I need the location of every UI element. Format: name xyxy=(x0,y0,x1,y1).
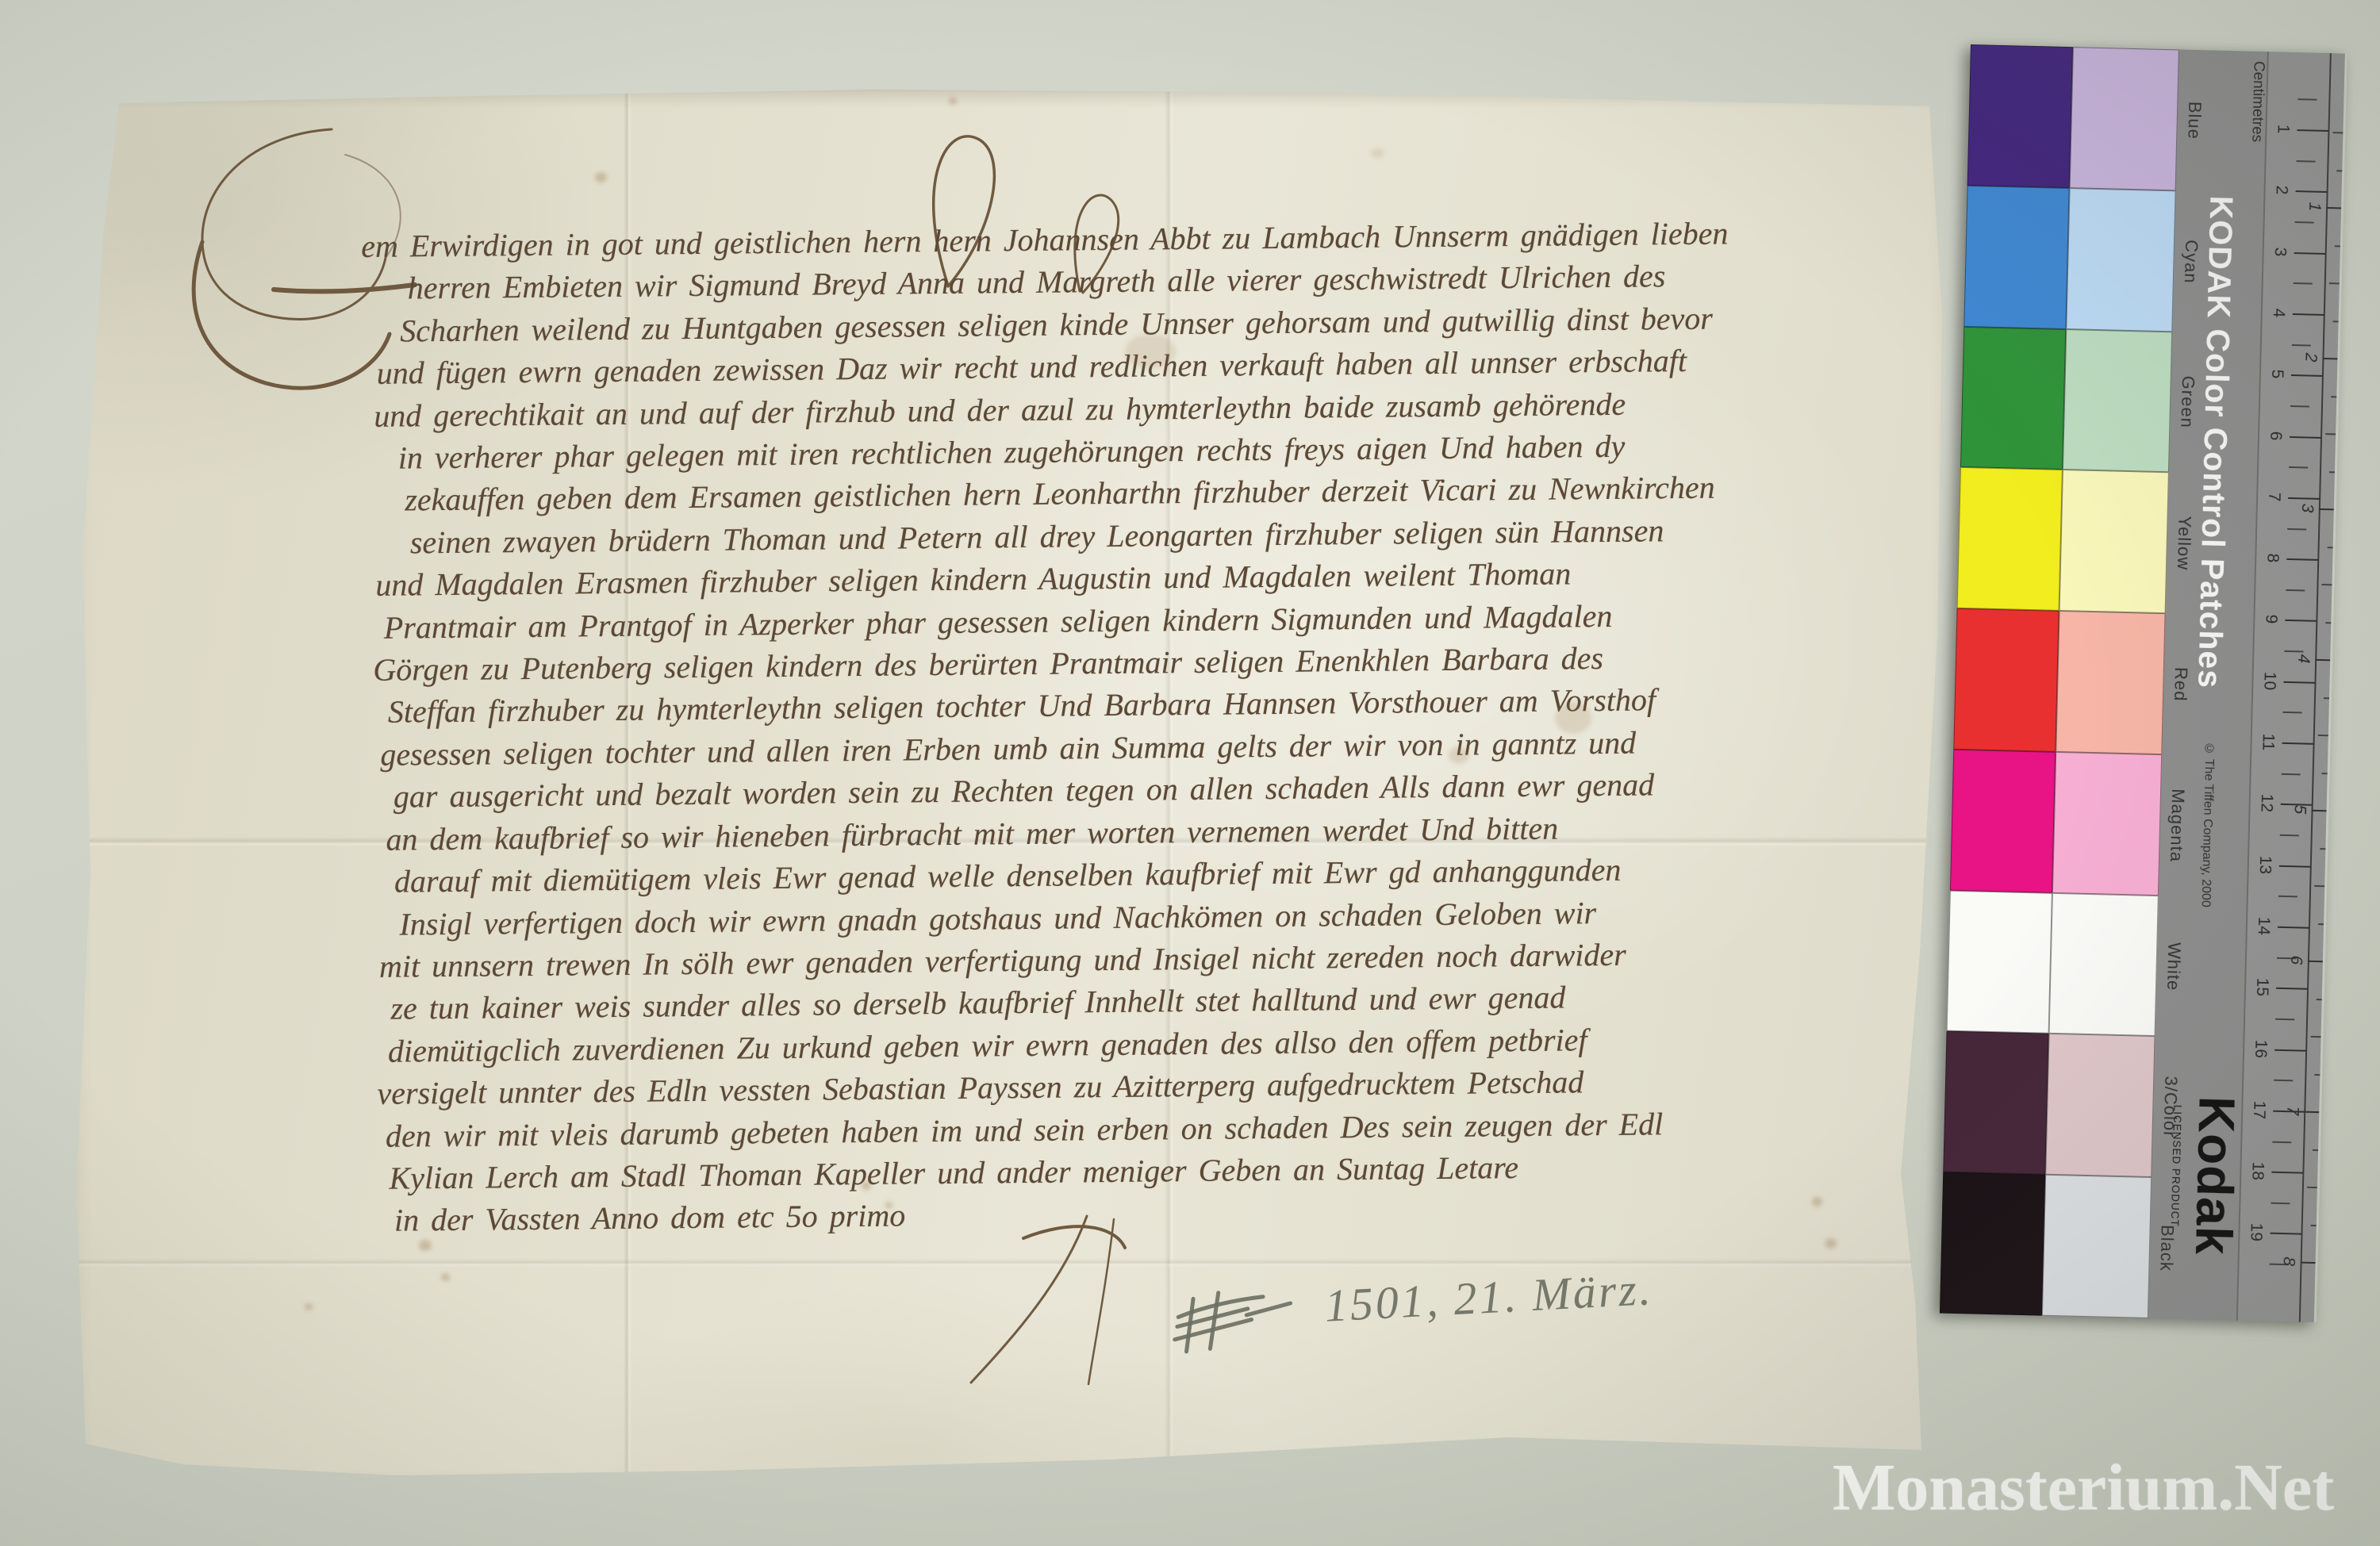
stain-spot xyxy=(595,172,607,182)
stain-spot xyxy=(441,1273,450,1281)
cm-number: 15 xyxy=(2252,978,2272,997)
cm-tick xyxy=(2287,527,2306,530)
cm-tick xyxy=(2285,620,2317,622)
color-patch-yellow-light xyxy=(2059,470,2169,613)
pencil-date: 1501, 21. März. xyxy=(1323,1262,1654,1333)
cm-tick xyxy=(2276,988,2308,990)
inch-tick xyxy=(2325,433,2336,435)
inch-tick xyxy=(2325,622,2331,623)
inch-number: 4 xyxy=(2294,654,2313,663)
patch-label-magenta: Magenta xyxy=(2166,788,2188,862)
color-patch-blue-full xyxy=(1967,44,2073,188)
inch-tick xyxy=(2322,358,2337,359)
stain-spot xyxy=(949,98,957,105)
color-patch-cyan-light xyxy=(2066,188,2175,332)
cm-tick xyxy=(2280,834,2299,837)
inch-tick xyxy=(2336,170,2342,171)
cm-tick xyxy=(2274,1049,2306,1051)
color-patch-magenta-light xyxy=(2052,752,2162,896)
inch-number: 8 xyxy=(2278,1256,2297,1266)
inch-tick xyxy=(2321,584,2332,585)
inch-tick xyxy=(2335,245,2340,247)
kodak-color-card: KODAK Color Control Patches © The Tiffen… xyxy=(1940,44,2347,1322)
ruler-baseline xyxy=(2299,53,2332,1322)
inch-number: 2 xyxy=(2301,352,2320,362)
patch-row-yellow xyxy=(1957,467,2169,613)
patch-label-black: Black xyxy=(2155,1225,2177,1272)
cm-tick xyxy=(2291,374,2323,377)
patch-label-blue: Blue xyxy=(2183,101,2205,140)
inch-tick xyxy=(2328,547,2333,548)
inch-number: 5 xyxy=(2290,804,2309,814)
inch-tick xyxy=(2324,697,2329,699)
inch-tick xyxy=(2332,132,2343,133)
patch-row-red xyxy=(1953,608,2165,754)
cm-tick xyxy=(2286,558,2318,561)
cm-tick xyxy=(2295,221,2314,224)
cm-tick xyxy=(2271,1172,2303,1174)
cm-tick xyxy=(2288,497,2320,500)
cm-tick xyxy=(2297,129,2328,132)
cm-tick xyxy=(2289,466,2308,469)
color-patch-black-full xyxy=(1940,1172,2045,1316)
patch-row-black xyxy=(1940,1172,2152,1318)
patch-label-green: Green xyxy=(2176,376,2198,429)
color-patch-3-color-light xyxy=(2045,1034,2155,1177)
color-patch-green-light xyxy=(2063,329,2172,473)
color-patch-cyan-full xyxy=(1963,186,2069,329)
cm-number: 5 xyxy=(2267,370,2286,379)
color-patch-red-light xyxy=(2056,611,2165,754)
inch-tick xyxy=(2326,207,2341,209)
patch-row-blue xyxy=(1967,44,2179,190)
color-patch-blue-light xyxy=(2070,47,2179,190)
cm-tick xyxy=(2284,650,2303,653)
tiffen-copyright: © The Tiffen Company, 2000 xyxy=(2198,742,2217,907)
cm-number: 8 xyxy=(2263,553,2282,562)
cm-number: 4 xyxy=(2269,308,2288,317)
kodak-logo: Kodak xyxy=(2184,1095,2247,1256)
inch-tick xyxy=(2315,659,2330,661)
stain-spot xyxy=(419,1240,432,1251)
cm-tick xyxy=(2293,313,2324,316)
inch-tick xyxy=(2318,735,2328,736)
cm-tick xyxy=(2279,865,2311,867)
inch-tick xyxy=(2331,396,2336,397)
strikethrough-mark xyxy=(1169,1279,1307,1365)
cm-number: 11 xyxy=(2258,733,2278,750)
color-patch-green-full xyxy=(1960,326,2066,470)
inch-tick xyxy=(2308,961,2323,962)
color-patch-grid xyxy=(1940,44,2179,1318)
inch-tick xyxy=(2311,1036,2321,1038)
cm-number: 9 xyxy=(2261,615,2280,624)
cm-number: 16 xyxy=(2251,1039,2271,1058)
charter-document: em Erwirdigen in got und geistlichen her… xyxy=(70,82,1952,1492)
cm-tick xyxy=(2297,98,2317,101)
cm-number: 7 xyxy=(2264,492,2283,501)
inch-tick xyxy=(2314,1073,2320,1075)
descender-flourish xyxy=(831,1214,1149,1405)
inch-tick xyxy=(2307,1187,2317,1188)
patch-row-magenta xyxy=(1950,750,2162,896)
inch-tick xyxy=(2329,282,2340,284)
photo-stage: em Erwirdigen in got und geistlichen her… xyxy=(0,0,2380,1546)
inch-number: 7 xyxy=(2282,1106,2301,1115)
cm-tick xyxy=(2282,742,2314,745)
cm-number: 13 xyxy=(2255,855,2275,874)
color-patch-white-full xyxy=(1947,890,2052,1034)
cm-tick xyxy=(2283,681,2315,684)
cm-tick xyxy=(2297,160,2316,163)
patch-label-cyan: Cyan xyxy=(2180,240,2201,284)
cm-tick xyxy=(2272,1141,2291,1143)
cm-number: 17 xyxy=(2249,1100,2269,1119)
cm-tick xyxy=(2290,435,2321,438)
patch-row-cyan xyxy=(1963,186,2175,332)
pencil-annotation: 1501, 21. März. xyxy=(1169,1249,1776,1392)
inch-number: 1 xyxy=(2305,202,2324,212)
stain-spot xyxy=(1371,148,1384,158)
stain-spot xyxy=(305,1303,313,1310)
watermark: Monasterium.Net xyxy=(1833,1455,2334,1521)
cm-tick xyxy=(2271,1202,2290,1204)
centimetres-label: Centimetres xyxy=(2248,61,2267,143)
patch-label-yellow: Yellow xyxy=(2173,516,2195,570)
inch-tick xyxy=(2329,471,2335,473)
inch-tick xyxy=(2317,999,2322,1000)
cm-tick xyxy=(2296,190,2328,193)
patch-label-3-color: 3/Color xyxy=(2159,1076,2181,1139)
inch-tick xyxy=(2312,810,2327,811)
cm-tick xyxy=(2275,1019,2294,1021)
cm-number: 14 xyxy=(2254,916,2274,935)
inch-tick xyxy=(2322,773,2328,774)
patch-row-green xyxy=(1960,326,2172,472)
cm-tick xyxy=(2294,282,2313,285)
patch-row-white xyxy=(1947,890,2159,1036)
color-patch-red-full xyxy=(1953,608,2059,752)
cm-tick xyxy=(2283,712,2302,714)
cm-number: 18 xyxy=(2248,1161,2267,1180)
inch-tick xyxy=(2319,508,2334,510)
patch-label-white: White xyxy=(2163,942,2184,991)
inch-tick xyxy=(2318,923,2324,925)
cm-number: 12 xyxy=(2256,794,2276,813)
cm-tick xyxy=(2278,926,2309,929)
cm-number: 3 xyxy=(2271,247,2290,256)
inch-tick xyxy=(2314,885,2324,887)
stain-spot xyxy=(1825,1238,1837,1249)
cm-number: 6 xyxy=(2266,431,2285,440)
color-patch-yellow-full xyxy=(1957,467,2063,611)
color-patch-black-light xyxy=(2042,1175,2152,1318)
patch-row-3-color xyxy=(1943,1031,2155,1177)
cm-tick xyxy=(2270,1233,2301,1235)
color-patch-white-light xyxy=(2049,892,2159,1036)
cm-number: 2 xyxy=(2271,186,2290,195)
cm-tick xyxy=(2290,405,2309,408)
inch-tick xyxy=(2313,1149,2318,1150)
color-patch-magenta-full xyxy=(1950,750,2056,893)
inch-tick xyxy=(2311,1224,2317,1226)
cm-tick xyxy=(2294,252,2326,255)
cm-tick xyxy=(2286,589,2305,592)
inch-tick xyxy=(2301,1262,2316,1264)
cm-number: 19 xyxy=(2246,1223,2266,1242)
cm-number: 1 xyxy=(2273,125,2292,134)
inch-number: 3 xyxy=(2297,503,2317,512)
cm-tick xyxy=(2278,896,2297,898)
cm-number: 10 xyxy=(2259,671,2279,690)
inch-tick xyxy=(2333,320,2339,322)
charter-text-block: em Erwirdigen in got und geistlichen her… xyxy=(361,210,1965,1242)
cm-tick xyxy=(2274,1080,2293,1082)
inch-tick xyxy=(2304,1111,2319,1113)
color-patch-3-color-full xyxy=(1943,1031,2048,1175)
cm-tick xyxy=(2282,773,2301,776)
cm-tick xyxy=(2292,344,2311,347)
inch-number: 6 xyxy=(2286,955,2305,965)
inch-tick xyxy=(2320,848,2325,850)
ruler: 1234567891011121314151617181912345678 xyxy=(2236,52,2345,1322)
patch-label-red: Red xyxy=(2170,667,2191,702)
